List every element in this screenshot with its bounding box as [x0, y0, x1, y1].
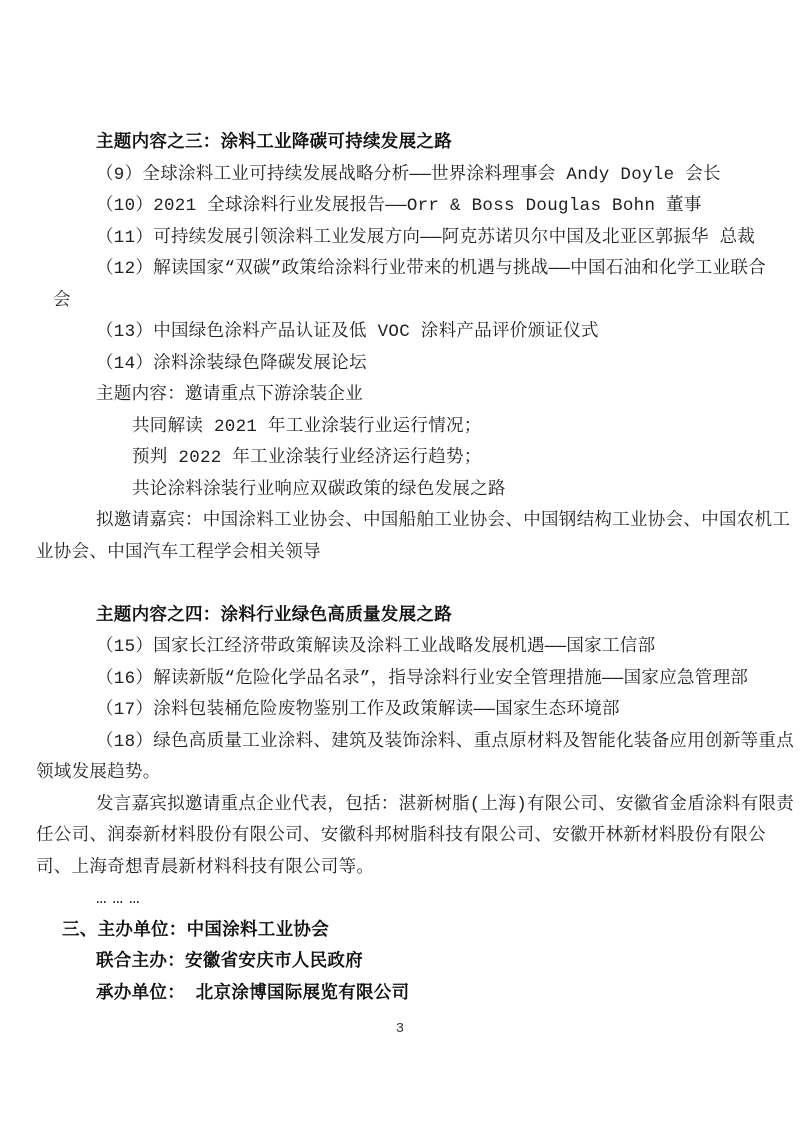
forum-topic-point-1: 共同解读 2021 年工业涂装行业运行情况； — [36, 412, 776, 444]
program-item-16: （16）解读新版“危险化学品名录”，指导涂料行业安全管理措施——国家应急管理部 — [36, 664, 776, 696]
program-item-18-continuation: 领域发展趋势。 — [36, 758, 776, 790]
program-item-13: （13）中国绿色涂料产品认证及低 VOC 涂料产品评价颁证仪式 — [36, 317, 776, 349]
program-item-14: （14）涂料涂装绿色降碳发展论坛 — [36, 349, 776, 381]
section-heading-topic-4: 主题内容之四：涂料行业绿色高质量发展之路 — [36, 601, 776, 633]
invited-guests-continuation: 业协会、中国汽车工程学会相关领导 — [36, 538, 776, 570]
program-item-12-continuation: 会 — [36, 286, 776, 318]
host-organizer-line: 三、主办单位：中国涂料工业协会 — [36, 916, 776, 948]
document-page: 主题内容之三：涂料工业降碳可持续发展之路 （9）全球涂料工业可持续发展战略分析—… — [36, 128, 776, 1010]
program-item-12: （12）解读国家“双碳”政策给涂料行业带来的机遇与挑战——中国石油和化学工业联合 — [36, 254, 776, 286]
program-item-11: （11）可持续发展引领涂料工业发展方向——阿克苏诺贝尔中国及北亚区郭振华 总裁 — [36, 223, 776, 255]
undertaker-line: 承办单位： 北京涂博国际展览有限公司 — [36, 979, 776, 1011]
program-item-17: （17）涂料包装桶危险废物鉴别工作及政策解读——国家生态环境部 — [36, 695, 776, 727]
speakers-paragraph-line-2: 任公司、润泰新材料股份有限公司、安徽科邦树脂科技有限公司、安徽开林新材料股份有限… — [36, 821, 776, 853]
forum-topic-point-2: 预判 2022 年工业涂装行业经济运行趋势； — [36, 443, 776, 475]
forum-topic-point-3: 共论涂料涂装行业响应双碳政策的绿色发展之路 — [36, 475, 776, 507]
ellipsis-line: ……… — [36, 884, 776, 916]
speakers-paragraph: 发言嘉宾拟邀请重点企业代表，包括：湛新树脂(上海)有限公司、安徽省金盾涂料有限责 — [36, 790, 776, 822]
page-number: 3 — [0, 1019, 800, 1039]
speakers-paragraph-line-3: 司、上海奇想青晨新材料科技有限公司等。 — [36, 853, 776, 885]
program-item-10: （10）2021 全球涂料行业发展报告——Orr & Boss Douglas … — [36, 191, 776, 223]
program-item-9: （9）全球涂料工业可持续发展战略分析——世界涂料理事会 Andy Doyle 会… — [36, 160, 776, 192]
forum-topic-intro: 主题内容：邀请重点下游涂装企业 — [36, 380, 776, 412]
invited-guests: 拟邀请嘉宾：中国涂料工业协会、中国船舶工业协会、中国钢结构工业协会、中国农机工 — [36, 506, 776, 538]
program-item-15: （15）国家长江经济带政策解读及涂料工业战略发展机遇——国家工信部 — [36, 632, 776, 664]
section-heading-topic-3: 主题内容之三：涂料工业降碳可持续发展之路 — [36, 128, 776, 160]
co-organizer-line: 联合主办：安徽省安庆市人民政府 — [36, 947, 776, 979]
program-item-18: （18）绿色高质量工业涂料、建筑及装饰涂料、重点原材料及智能化装备应用创新等重点 — [36, 727, 776, 759]
